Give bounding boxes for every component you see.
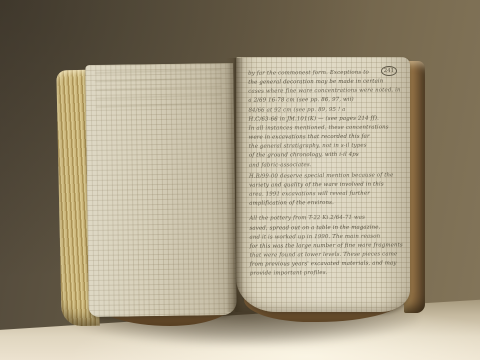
handwritten-line: H.B/99-00 deserve special mention becaus… — [249, 171, 403, 181]
handwritten-line: by far the commonest form. Exceptions to — [248, 68, 402, 78]
handwritten-line: cases where fine ware concentrations wer… — [248, 87, 402, 97]
right-written-page: 241 by far the commonest form. Exception… — [236, 57, 410, 312]
paragraph-1: by far the commonest form. Exceptions to… — [248, 68, 403, 170]
handwritten-line: that were found at lower levels. These p… — [250, 250, 404, 260]
left-blank-page — [85, 63, 237, 317]
spine-gutter-crease — [226, 58, 244, 312]
handwritten-line: and it is worked up in 1990. The main re… — [250, 232, 404, 242]
handwritten-line: 84/66 at 92 cm (see pp. 89, 95 ! a — [248, 105, 402, 115]
handwriting-block: by far the commonest form. Exceptions to… — [248, 68, 404, 281]
handwritten-line: All the pottery from T-22 Ki.2/64-71 was — [249, 214, 403, 224]
ink-showthrough-marks — [95, 68, 222, 108]
notebook-photograph: 241 by far the commonest form. Exception… — [0, 0, 480, 360]
handwritten-line: the general stratigraphy, not in s-il ty… — [249, 142, 403, 152]
paragraph-2: H.B/99-00 deserve special mention becaus… — [249, 171, 403, 209]
handwritten-line: and fabric-associates. — [249, 160, 403, 170]
handwritten-line: amplification of the environs. — [249, 199, 403, 209]
handwritten-line: area. 1991 excavations will reveal furth… — [249, 189, 403, 199]
paragraph-3: All the pottery from T-22 Ki.2/64-71 was… — [249, 214, 404, 279]
handwritten-line: provide important profiles. — [250, 269, 404, 279]
handwritten-line: In all instances mentioned, these concen… — [249, 123, 403, 133]
